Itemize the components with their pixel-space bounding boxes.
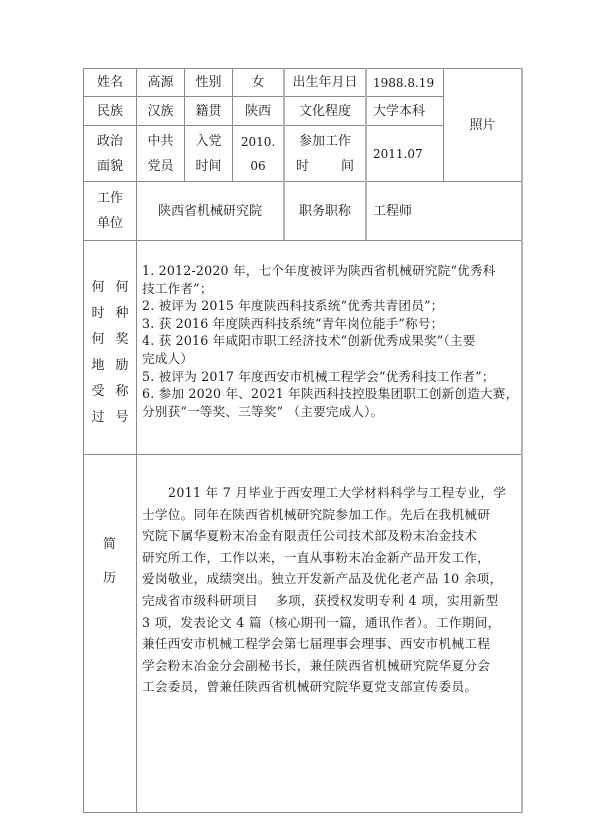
education-value: 大学本科 — [367, 97, 443, 125]
join-party-label-line2: 时间 — [195, 160, 221, 173]
join-party-date-value: 2010. 06 — [233, 126, 283, 181]
native-place-label: 籍贯 — [185, 97, 232, 125]
table-border-right — [521, 68, 523, 813]
name-label: 姓名 — [84, 69, 136, 96]
resume-label-line1: 简 — [84, 528, 135, 562]
resume-line: 兼任西安市机械工程学会第七届理事会理事、西安市机械工程 — [142, 633, 518, 655]
award-line: 技工作者”； — [142, 280, 520, 298]
award-line: 1. 2012-2020 年，七个年度被评为陕西省机械研究院“优秀科 — [142, 262, 520, 280]
photo-placeholder: 照片 — [444, 69, 521, 181]
education-label: 文化程度 — [285, 97, 365, 125]
employer-label: 工作 单位 — [84, 182, 136, 240]
row-divider — [83, 454, 523, 455]
resume-line: 2011 年 7 月毕业于西安理工大学材料科学与工程专业，学 — [142, 482, 518, 504]
resume-label: 简 历 — [84, 528, 135, 596]
resume-text: 2011 年 7 月毕业于西安理工大学材料科学与工程专业，学 士学位。同年在陕西… — [142, 482, 518, 698]
resume-line: 爱岗敬业，成绩突出。独立开发新产品及优化老产品 10 余项， — [142, 568, 518, 590]
political-status-label: 政治 面貌 — [84, 126, 136, 181]
award-line: 3. 获 2016 年度陕西科技系统“青年岗位能手”称号； — [142, 315, 520, 333]
resume-label-line2: 历 — [84, 562, 135, 596]
resume-line: 究院下属华夏粉末冶金有限责任公司技术部及粉末冶金技术 — [142, 525, 518, 547]
gender-label: 性别 — [185, 69, 232, 96]
resume-line: 学会粉末冶金分会副秘书长，兼任陕西省机械研究院华夏分会 — [142, 655, 518, 677]
gender-value: 女 — [233, 69, 283, 96]
political-value-line2: 党员 — [147, 160, 173, 173]
awards-list: 1. 2012-2020 年，七个年度被评为陕西省机械研究院“优秀科 技工作者”… — [142, 262, 520, 420]
native-place-value: 陕西 — [233, 97, 283, 125]
resume-line: 完成省市级科研项目 多项，获授权发明专利 4 项，实用新型 — [142, 590, 518, 612]
employer-label-line1: 工作 — [97, 192, 123, 205]
row-divider — [83, 240, 523, 241]
join-party-value-line2: 06 — [250, 160, 265, 172]
award-line: 4. 获 2016 年咸阳市职工经济技术“创新优秀成果奖”（主要 — [142, 332, 520, 350]
awards-label-col2: 何 种 奖 励 称 号 — [114, 275, 130, 431]
table-border-bottom — [83, 812, 523, 813]
political-status-value: 中共 党员 — [137, 126, 184, 181]
work-start-date-value: 2011.07 — [367, 126, 443, 181]
birth-date-label: 出生年月日 — [285, 69, 365, 96]
birth-date-value: 1988.8.19 — [367, 69, 443, 96]
job-title-label: 职务职称 — [285, 182, 365, 240]
work-start-label-line2: 时 间 — [296, 160, 354, 173]
award-line: 6. 参加 2020 年、2021 年陕西科技控股集团职工创新创造大赛， — [142, 385, 520, 403]
political-value-line1: 中共 — [147, 135, 173, 148]
political-label-line2: 面貌 — [97, 160, 123, 173]
award-line: 分别获“一等奖、三等奖” （主要完成人）。 — [142, 403, 520, 421]
resume-line: 3 项，发表论文 4 篇（核心期刊一篇，通讯作者）。工作期间， — [142, 612, 518, 634]
ethnicity-value: 汉族 — [137, 97, 184, 125]
award-line: 2. 被评为 2015 年度陕西科技系统“优秀共青团员”； — [142, 297, 520, 315]
resume-line: 士学位。同年在陕西省机械研究院参加工作。先后在我机械研 — [142, 504, 518, 526]
ethnicity-label: 民族 — [84, 97, 136, 125]
work-start-label-char2: 间 — [341, 160, 354, 173]
name-value: 高源 — [137, 69, 184, 96]
job-title-value: 工程师 — [367, 182, 521, 240]
work-start-date-label: 参加工作 时 间 — [285, 126, 365, 181]
award-line: 5. 被评为 2017 年度西安市机械工程学会“优秀科技工作者”； — [142, 368, 520, 386]
work-start-label-line1: 参加工作 — [299, 135, 351, 148]
employer-label-line2: 单位 — [97, 217, 123, 230]
personal-info-form: 姓名 高源 性别 女 出生年月日 1988.8.19 民族 汉族 籍贯 陕西 文… — [0, 0, 594, 832]
resume-line: 工会委员，曾兼任陕西省机械研究院华夏党支部宣传委员。 — [142, 676, 518, 698]
resume-line: 研究所工作，工作以来，一直从事粉末冶金新产品开发工作， — [142, 547, 518, 569]
join-party-label-line1: 入党 — [195, 135, 221, 148]
employer-value: 陕西省机械研究院 — [137, 182, 283, 240]
political-label-line1: 政治 — [97, 135, 123, 148]
work-start-label-char1: 时 — [296, 160, 309, 173]
join-party-value-line1: 2010. — [241, 136, 275, 148]
awards-label-col1: 何 时 何 地 受 过 — [90, 275, 106, 431]
award-line: 完成人） — [142, 350, 520, 368]
join-party-date-label: 入党 时间 — [185, 126, 232, 181]
